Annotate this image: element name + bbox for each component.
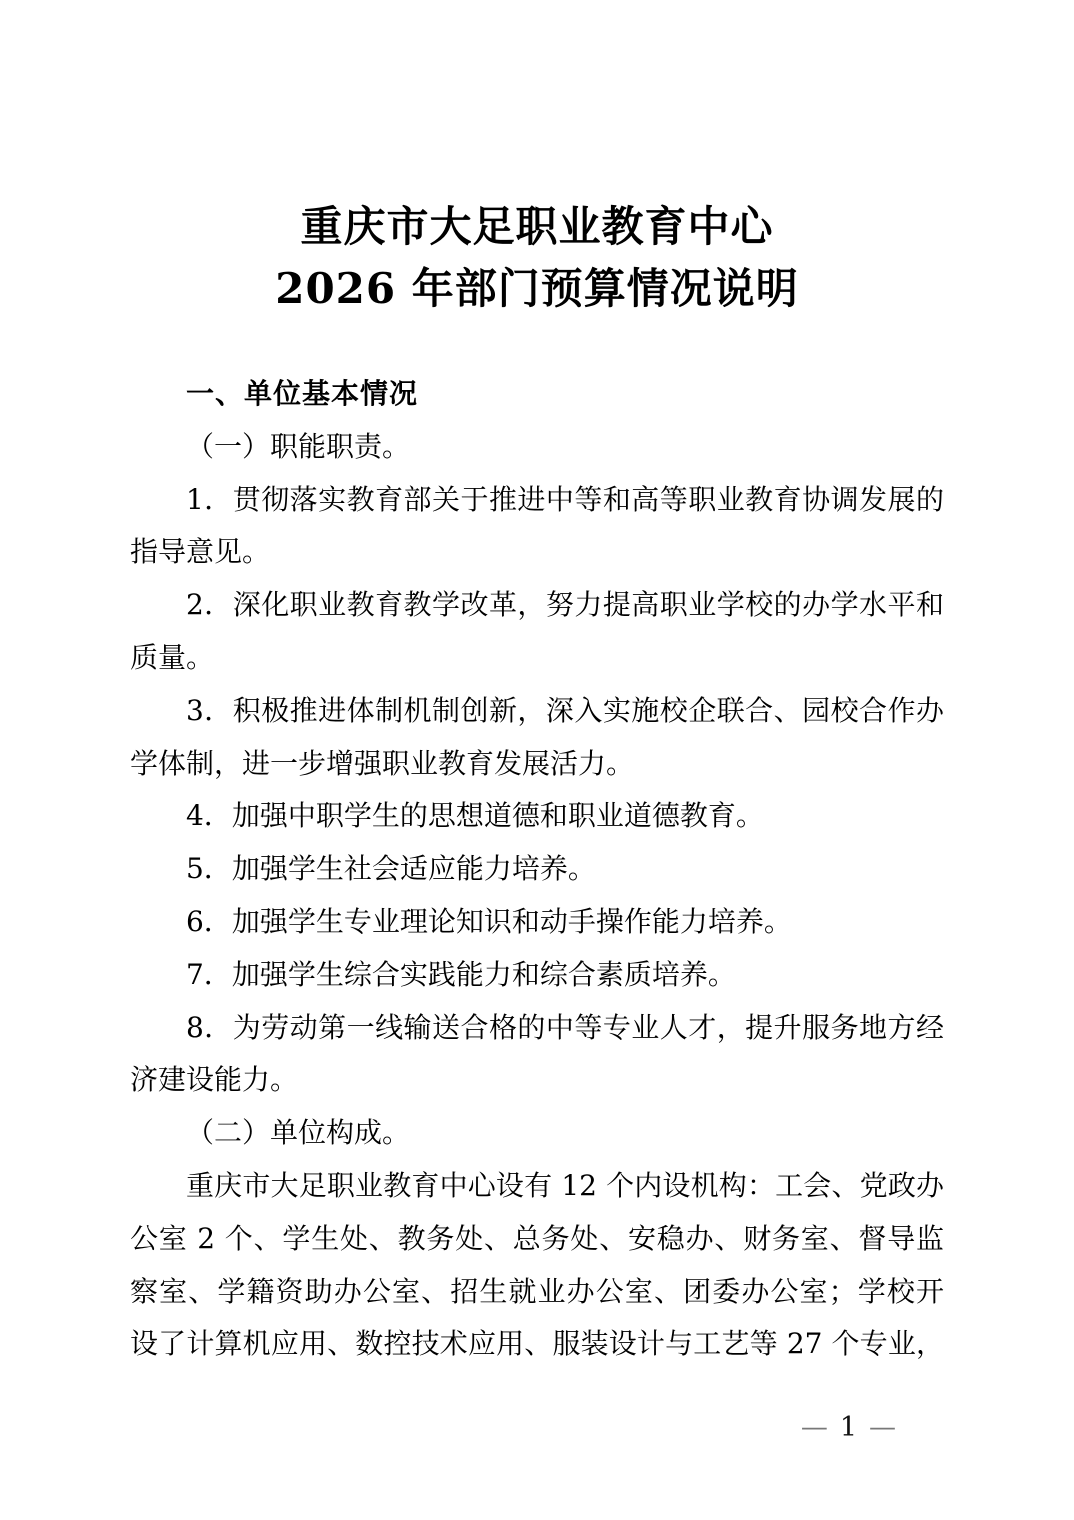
paragraph-line: 公室 2 个、学生处、教务处、总务处、安稳办、财务室、督导监: [130, 1213, 944, 1266]
paragraph-line: 质量。: [130, 632, 944, 685]
paragraph-line: 察室、学籍资助办公室、招生就业办公室、团委办公室；学校开: [130, 1266, 944, 1319]
paragraph-line: 6．加强学生专业理论知识和动手操作能力培养。: [130, 896, 944, 949]
paragraph-line: 设了计算机应用、数控技术应用、服装设计与工艺等 27 个专业，: [130, 1318, 944, 1371]
paragraph-line: 3．积极推进体制机制创新，深入实施校企联合、园校合作办: [130, 685, 944, 738]
paragraph-line: 5．加强学生社会适应能力培养。: [130, 843, 944, 896]
paragraph-line: 1．贯彻落实教育部关于推进中等和高等职业教育协调发展的: [130, 474, 944, 527]
subsection-heading-2: （二）单位构成。: [130, 1107, 944, 1160]
footer-dash-left: —: [801, 1412, 828, 1443]
paragraph-line: 重庆市大足职业教育中心设有 12 个内设机构：工会、党政办: [130, 1160, 944, 1213]
page-footer: —1—: [789, 1412, 908, 1444]
subsection-heading-1: （一）职能职责。: [130, 421, 944, 474]
document-body: 一、单位基本情况 （一）职能职责。 1．贯彻落实教育部关于推进中等和高等职业教育…: [130, 368, 944, 1371]
page-number: 1: [840, 1412, 857, 1443]
document-page: { "title": { "line1": "重庆市大足职业教育中心", "li…: [0, 0, 1074, 1520]
paragraph-line: 2．深化职业教育教学改革，努力提高职业学校的办学水平和: [130, 579, 944, 632]
paragraph-line: 指导意见。: [130, 526, 944, 579]
paragraph-line: 学体制，进一步增强职业教育发展活力。: [130, 738, 944, 791]
section-heading: 一、单位基本情况: [130, 368, 944, 421]
title-line-1: 重庆市大足职业教育中心: [0, 196, 1074, 258]
paragraph-line: 7．加强学生综合实践能力和综合素质培养。: [130, 949, 944, 1002]
document-title: 重庆市大足职业教育中心 2026 年部门预算情况说明: [0, 196, 1074, 320]
paragraph-line: 4．加强中职学生的思想道德和职业道德教育。: [130, 790, 944, 843]
paragraph-line: 8．为劳动第一线输送合格的中等专业人才，提升服务地方经: [130, 1002, 944, 1055]
paragraph-line: 济建设能力。: [130, 1054, 944, 1107]
title-line-2: 2026 年部门预算情况说明: [0, 258, 1074, 320]
footer-dash-right: —: [869, 1412, 896, 1443]
